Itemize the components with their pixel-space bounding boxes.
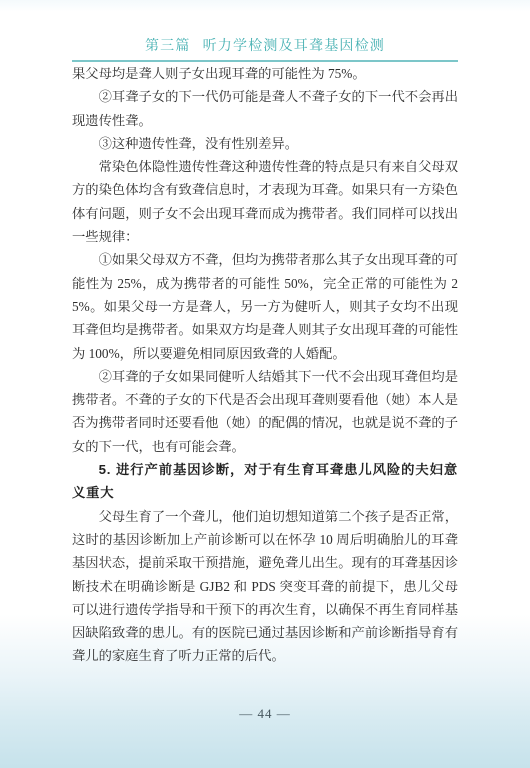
chapter-header: 第三篇听力学检测及耳聋基因检测: [72, 36, 458, 60]
body-paragraph: 果父母均是聋人则子女出现耳聋的可能性为 75%。: [72, 62, 458, 85]
body-paragraph: ①如果父母双方不聋，但均为携带者那么其子女出现耳聋的可能性为 25%，成为携带者…: [72, 248, 458, 364]
body-paragraph: ③这种遗传性聋，没有性别差异。: [72, 132, 458, 155]
body-paragraph: 常染色体隐性遗传性聋这种遗传性聋的特点是只有来自父母双方的染色体均含有致聋信息时…: [72, 155, 458, 248]
chapter-title: 听力学检测及耳聋基因检测: [203, 37, 385, 53]
body-text: 果父母均是聋人则子女出现耳聋的可能性为 75%。 ②耳聋子女的下一代仍可能是聋人…: [72, 62, 458, 668]
book-page: 第三篇听力学检测及耳聋基因检测 果父母均是聋人则子女出现耳聋的可能性为 75%。…: [0, 0, 530, 768]
section-heading-5: 5. 进行产前基因诊断，对于有生育耳聋患儿风险的夫妇意义重大: [72, 458, 458, 505]
body-paragraph: 父母生育了一个聋儿，他们迫切想知道第二个孩子是否正常，这时的基因诊断加上产前诊断…: [72, 505, 458, 668]
page-number-text: — 44 —: [239, 706, 291, 721]
page-number: — 44 —: [0, 706, 530, 722]
section-label: 第三篇: [145, 37, 191, 53]
body-paragraph: ②耳聋子女的下一代仍可能是聋人不聋子女的下一代不会再出现遗传性聋。: [72, 85, 458, 132]
body-paragraph: ②耳聋的子女如果同健听人结婚其下一代不会出现耳聋但均是携带者。不聋的子女的下代是…: [72, 365, 458, 458]
